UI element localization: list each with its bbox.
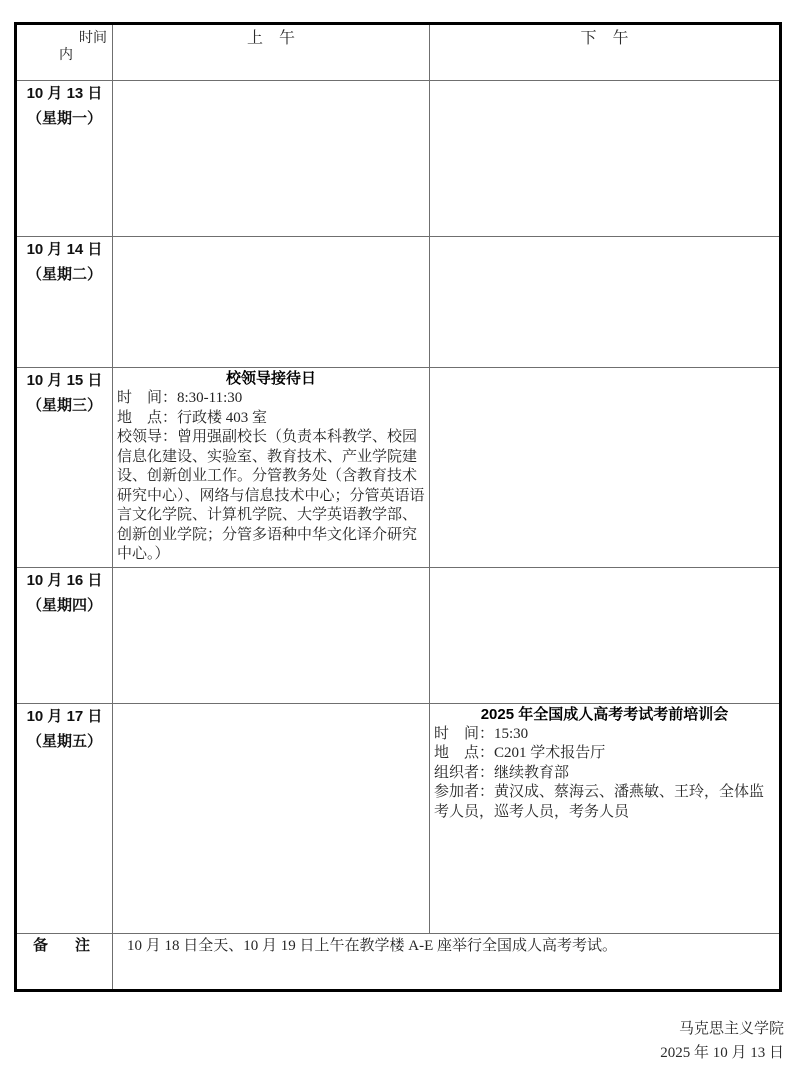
remarks-cell: 10 月 18 日全天、10 月 19 日上午在教学楼 A-E 座举行全国成人高… (113, 933, 781, 990)
event-training-meeting: 2025 年全国成人高考考试考前培训会 时 间：15:30 地 点：C201 学… (430, 704, 779, 825)
footer-signature: 马克思主义学院 2025 年 10 月 13 日 (14, 1017, 784, 1065)
column-header-morning: 上 午 (113, 24, 430, 81)
footer-organization: 马克思主义学院 (14, 1017, 784, 1041)
corner-cell: 时间 内 容 日期 (16, 24, 113, 81)
corner-content-label-top: 内 (59, 44, 73, 64)
table-row-mon: 10 月 13 日 （星期一） (16, 81, 781, 237)
column-header-afternoon: 下 午 (430, 24, 781, 81)
weekday-text: （星期四） (17, 593, 112, 618)
morning-cell-thu (113, 567, 430, 703)
weekday-text: （星期五） (17, 729, 112, 754)
event-title: 校领导接待日 (117, 369, 425, 388)
event-organizer-line: 组织者：继续教育部 (434, 764, 775, 784)
date-cell-fri: 10 月 17 日 （星期五） (16, 703, 113, 933)
footer-date: 2025 年 10 月 13 日 (14, 1041, 784, 1065)
remarks-text: 10 月 18 日全天、10 月 19 日上午在教学楼 A-E 座举行全国成人高… (113, 934, 779, 955)
event-leader-line: 校领导：曾用强副校长（负责本科教学、校园信息化建设、实验室、教育技术、产业学院建… (117, 428, 425, 565)
date-text: 10 月 17 日 (17, 704, 112, 729)
weekday-text: （星期三） (17, 393, 112, 418)
date-text: 10 月 14 日 (17, 237, 112, 262)
weekday-text: （星期二） (17, 262, 112, 287)
corner-time-label: 时间 (79, 27, 107, 47)
event-participants-line: 参加者：黄汉成、蔡海云、潘燕敏、王玲，全体监考人员，巡考人员，考务人员 (434, 783, 775, 822)
header-row: 时间 内 容 日期 上 午 下 午 (16, 24, 781, 81)
schedule-page: 时间 内 容 日期 上 午 下 午 10 月 13 日 （星期一） 10 月 1… (0, 0, 797, 1038)
table-row-fri: 10 月 17 日 （星期五） 2025 年全国成人高考考试考前培训会 时 间：… (16, 703, 781, 933)
schedule-table: 时间 内 容 日期 上 午 下 午 10 月 13 日 （星期一） 10 月 1… (14, 22, 782, 992)
event-time-line: 时 间：8:30-11:30 (117, 389, 425, 409)
afternoon-cell-tue (430, 237, 781, 368)
afternoon-cell-thu (430, 567, 781, 703)
remarks-label: 备 注 (16, 933, 113, 990)
event-time-line: 时 间：15:30 (434, 725, 775, 745)
afternoon-cell-fri: 2025 年全国成人高考考试考前培训会 时 间：15:30 地 点：C201 学… (430, 703, 781, 933)
morning-cell-tue (113, 237, 430, 368)
morning-cell-wed: 校领导接待日 时 间：8:30-11:30 地 点：行政楼 403 室 校领导：… (113, 368, 430, 568)
afternoon-cell-wed (430, 368, 781, 568)
date-text: 10 月 13 日 (17, 81, 112, 106)
event-place-line: 地 点：C201 学术报告厅 (434, 744, 775, 764)
remarks-row: 备 注 10 月 18 日全天、10 月 19 日上午在教学楼 A-E 座举行全… (16, 933, 781, 990)
event-reception-day: 校领导接待日 时 间：8:30-11:30 地 点：行政楼 403 室 校领导：… (113, 368, 429, 567)
event-title: 2025 年全国成人高考考试考前培训会 (434, 705, 775, 724)
table-row-thu: 10 月 16 日 （星期四） (16, 567, 781, 703)
date-text: 10 月 15 日 (17, 368, 112, 393)
weekday-text: （星期一） (17, 106, 112, 131)
date-cell-mon: 10 月 13 日 （星期一） (16, 81, 113, 237)
table-row-tue: 10 月 14 日 （星期二） (16, 237, 781, 368)
event-place-line: 地 点：行政楼 403 室 (117, 409, 425, 429)
table-row-wed: 10 月 15 日 （星期三） 校领导接待日 时 间：8:30-11:30 地 … (16, 368, 781, 568)
afternoon-cell-mon (430, 81, 781, 237)
date-cell-thu: 10 月 16 日 （星期四） (16, 567, 113, 703)
morning-cell-fri (113, 703, 430, 933)
date-text: 10 月 16 日 (17, 568, 112, 593)
date-cell-wed: 10 月 15 日 （星期三） (16, 368, 113, 568)
morning-cell-mon (113, 81, 430, 237)
date-cell-tue: 10 月 14 日 （星期二） (16, 237, 113, 368)
